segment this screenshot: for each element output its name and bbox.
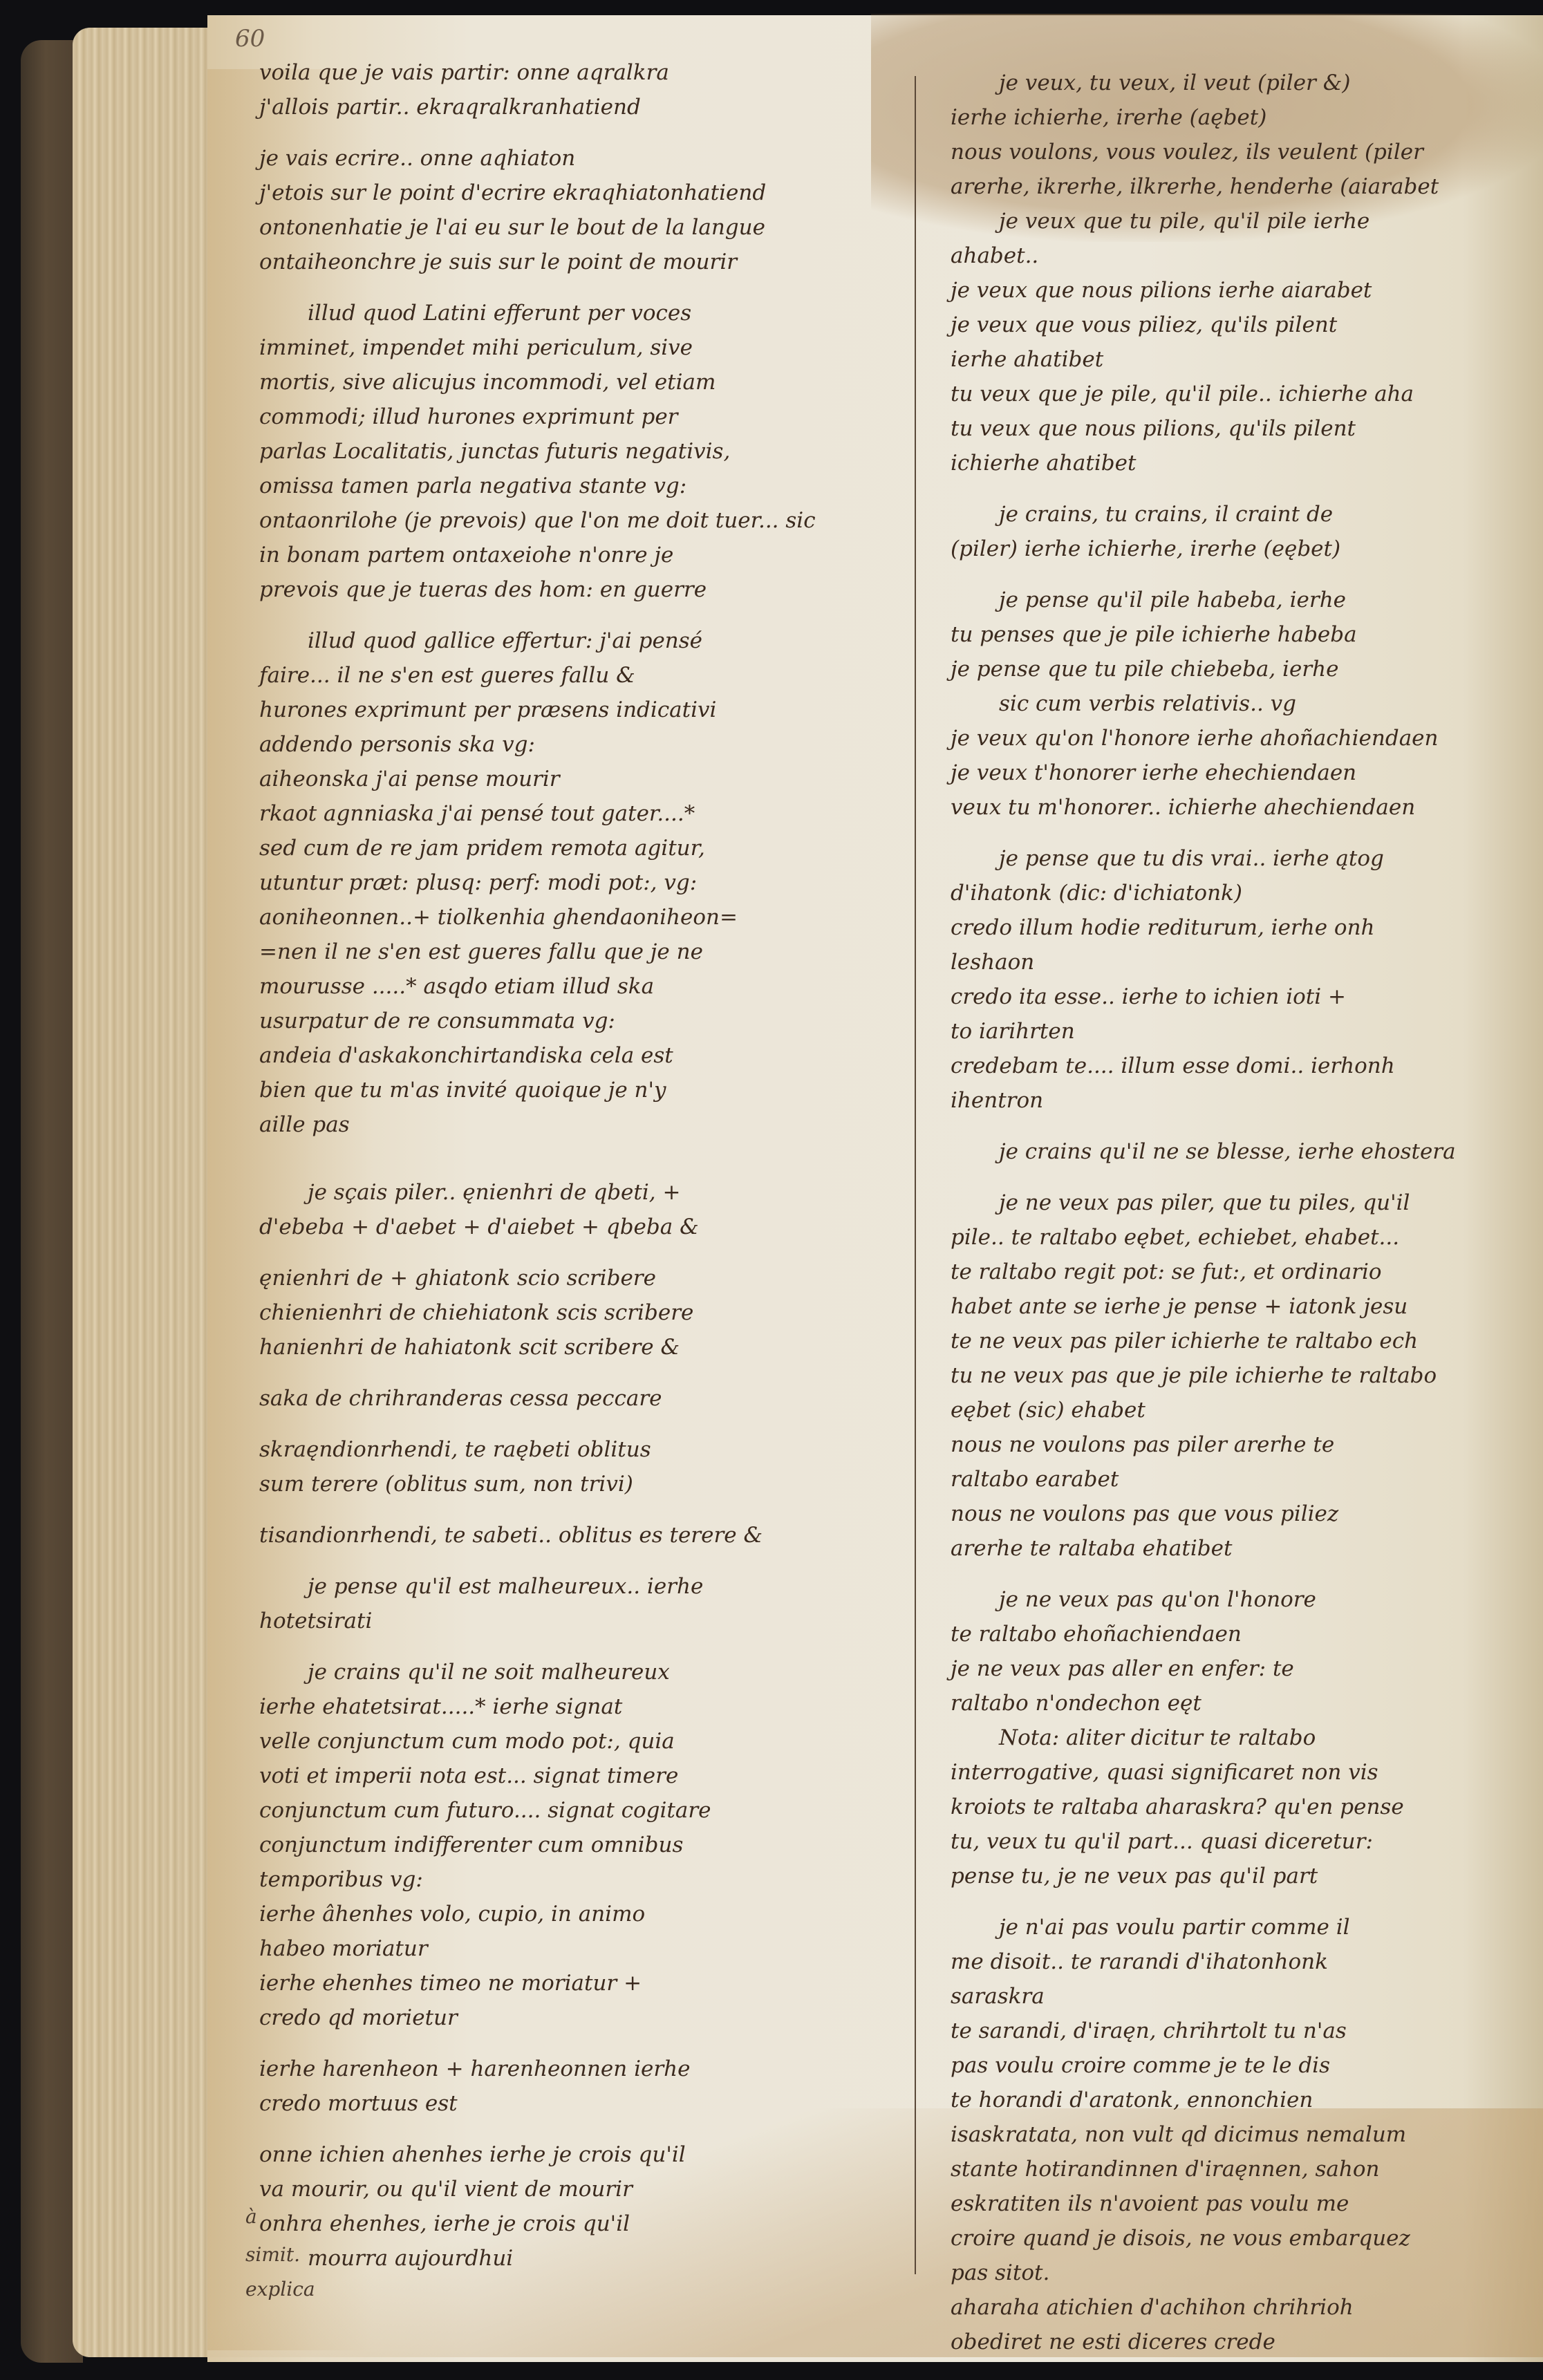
text-line: ontaonrilohe (je prevois) que l'on me do…	[259, 503, 906, 538]
text-line: ahabet..	[951, 238, 1531, 273]
text-line: te raltabo ehoñachiendaen	[951, 1617, 1531, 1651]
text-line: obediret ne esti diceres crede	[951, 2325, 1531, 2359]
text-line: ihentron	[951, 1083, 1531, 1118]
text-line: mourra aujourdhui	[259, 2241, 906, 2276]
text-line: je veux t'honorer ierhe ehechiendaen	[951, 756, 1531, 790]
text-line: j'allois partir.. ekraqralkranhatiend	[259, 90, 906, 124]
text-line: je crains, tu crains, il craint de	[951, 497, 1531, 532]
text-line: je sçais piler.. ęnienhri de qbeti, +	[259, 1175, 906, 1210]
text-line: sic cum verbis relativis.. vg	[951, 686, 1531, 721]
text-line: ierhe ahatibet	[951, 342, 1531, 377]
text-line: voila que je vais partir: onne aqralkra	[259, 55, 906, 90]
text-line: tu penses que je pile ichierhe habeba	[951, 617, 1531, 652]
text-line: veux tu m'honorer.. ichierhe ahechiendae…	[951, 790, 1531, 825]
text-line: Nota: aliter dicitur te raltabo	[951, 1721, 1531, 1755]
text-line: je n'ai pas voulu partir comme il	[951, 1910, 1531, 1945]
text-line: ierhe ichierhe, irerhe (aębet)	[951, 100, 1531, 135]
text-line: credo mortuus est	[259, 2086, 906, 2121]
text-line: arerhe te raltaba ehatibet	[951, 1531, 1531, 1566]
text-line: je ne veux pas aller en enfer: te	[951, 1651, 1531, 1686]
text-line: ierhe ehatetsirat.....* ierhe signat	[259, 1689, 906, 1724]
text-line: eskratiten ils n'avoient pas voulu me	[951, 2186, 1531, 2221]
text-line: conjunctum cum futuro.... signat cogitar…	[259, 1793, 906, 1828]
text-line: hotetsirati	[259, 1604, 906, 1638]
margin-note: explica	[245, 2278, 315, 2301]
text-line: ierhe âhenhes volo, cupio, in animo	[259, 1897, 906, 1931]
text-line: ichierhe ahatibet	[951, 446, 1531, 480]
text-line: d'ihatonk (dic: d'ichiatonk)	[951, 876, 1531, 910]
text-line: je veux que vous piliez, qu'ils pilent	[951, 308, 1531, 342]
right-column: je veux, tu veux, il veut (piler &) ierh…	[951, 66, 1531, 2359]
text-line: prevois que je tueras des hom: en guerre	[259, 572, 906, 607]
text-line: habeo moriatur	[259, 1931, 906, 1966]
text-line: chienienhri de chiehiatonk scis scribere	[259, 1295, 906, 1330]
text-line: te ne veux pas piler ichierhe te raltabo…	[951, 1324, 1531, 1358]
text-line: to iarihrten	[951, 1014, 1531, 1049]
text-line: tu veux que nous pilions, qu'ils pilent	[951, 411, 1531, 446]
text-line: je vais ecrire.. onne aqhiaton	[259, 141, 906, 176]
text-line: tu veux que je pile, qu'il pile.. ichier…	[951, 377, 1531, 411]
text-line: temporibus vg:	[259, 1862, 906, 1897]
text-line: leshaon	[951, 945, 1531, 980]
text-line: raltabo n'ondechon eęt	[951, 1686, 1531, 1721]
text-line: je pense que tu pile chiebeba, ierhe	[951, 652, 1531, 686]
text-line: nous voulons, vous voulez, ils veulent (…	[951, 135, 1531, 169]
text-line: ontonenhatie je l'ai eu sur le bout de l…	[259, 210, 906, 245]
left-column: voila que je vais partir: onne aqralkra …	[259, 55, 906, 2276]
text-line: te raltabo regit pot: se fut:, et ordina…	[951, 1255, 1531, 1289]
text-line: eębet (sic) ehabet	[951, 1393, 1531, 1427]
text-line: utuntur præt: plusq: perf: modi pot:, vg…	[259, 865, 906, 900]
text-line: aiheonska j'ai pense mourir	[259, 762, 906, 796]
text-line: tisandionrhendi, te sabeti.. oblitus es …	[259, 1518, 906, 1553]
text-line: me disoit.. te rarandi d'ihatonhonk	[951, 1945, 1531, 1979]
text-line: aharaha atichien d'achihon chrihrioh	[951, 2290, 1531, 2325]
text-line: mourusse .....* asqdo etiam illud ska	[259, 969, 906, 1004]
text-line: sum terere (oblitus sum, non trivi)	[259, 1467, 906, 1501]
text-line: nous ne voulons pas que vous piliez	[951, 1497, 1531, 1531]
text-line: saka de chrihranderas cessa peccare	[259, 1381, 906, 1416]
text-line: onne ichien ahenhes ierhe je crois qu'il	[259, 2137, 906, 2172]
text-line: aoniheonnen..+ tiolkenhia ghendaoniheon=	[259, 900, 906, 935]
text-line: pile.. te raltabo eębet, echiebet, ehabe…	[951, 1220, 1531, 1255]
text-line: arerhe, ikrerhe, ilkrerhe, henderhe (aia…	[951, 169, 1531, 204]
text-line: sed cum de re jam pridem remota agitur,	[259, 831, 906, 865]
text-line: mortis, sive alicujus incommodi, vel eti…	[259, 365, 906, 400]
text-line: hurones exprimunt per præsens indicativi	[259, 693, 906, 727]
text-line: habet ante se ierhe je pense + iatonk je…	[951, 1289, 1531, 1324]
text-line: je crains qu'il ne se blesse, ierhe ehos…	[951, 1134, 1531, 1169]
text-line: omissa tamen parla negativa stante vg:	[259, 469, 906, 503]
text-line: in bonam partem ontaxeiohe n'onre je	[259, 538, 906, 572]
text-line: skraęndionrhendi, te raębeti oblitus	[259, 1432, 906, 1467]
text-line: je ne veux pas qu'on l'honore	[951, 1582, 1531, 1617]
text-line: credo illum hodie rediturum, ierhe onh	[951, 910, 1531, 945]
text-line: commodi; illud hurones exprimunt per	[259, 400, 906, 434]
text-line: pense tu, je ne veux pas qu'il part	[951, 1859, 1531, 1893]
text-line: pas sitot.	[951, 2256, 1531, 2290]
text-line: hanienhri de hahiatonk scit scribere &	[259, 1330, 906, 1365]
text-line: va mourir, ou qu'il vient de mourir	[259, 2172, 906, 2206]
text-line: usurpatur de re consummata vg:	[259, 1004, 906, 1038]
text-line: =nen il ne s'en est gueres fallu que je …	[259, 935, 906, 969]
text-line: ęnienhri de + ghiatonk scio scribere	[259, 1261, 906, 1295]
text-line: ontaiheonchre je suis sur le point de mo…	[259, 245, 906, 279]
text-line: raltabo earabet	[951, 1462, 1531, 1497]
text-line: addendo personis ska vg:	[259, 727, 906, 762]
margin-note: simit.	[245, 2243, 300, 2266]
text-line: j'etois sur le point d'ecrire ekraqhiato…	[259, 176, 906, 210]
text-line: illud quod Latini efferunt per voces	[259, 296, 906, 330]
margin-note: à	[245, 2205, 257, 2228]
text-line: illud quod gallice effertur: j'ai pensé	[259, 624, 906, 658]
text-line: je pense qu'il est malheureux.. ierhe	[259, 1569, 906, 1604]
text-line: je veux que tu pile, qu'il pile ierhe	[951, 204, 1531, 238]
text-line: kroiots te raltaba aharaskra? qu'en pens…	[951, 1790, 1531, 1824]
page-number: 60	[235, 25, 265, 53]
text-line: conjunctum indifferenter cum omnibus	[259, 1828, 906, 1862]
text-line: bien que tu m'as invité quoique je n'y	[259, 1073, 906, 1107]
text-line: je pense qu'il pile habeba, ierhe	[951, 583, 1531, 617]
text-line: credebam te.... illum esse domi.. ierhon…	[951, 1049, 1531, 1083]
text-line: nous ne voulons pas piler arerhe te	[951, 1427, 1531, 1462]
text-line: ierhe ehenhes timeo ne moriatur +	[259, 1966, 906, 2000]
text-line: je crains qu'il ne soit malheureux	[259, 1655, 906, 1689]
text-line: tu, veux tu qu'il part... quasi diceretu…	[951, 1824, 1531, 1859]
column-divider	[915, 76, 916, 2274]
text-line: aille pas	[259, 1107, 906, 1142]
text-line: je ne veux pas piler, que tu piles, qu'i…	[951, 1186, 1531, 1220]
text-line: te sarandi, d'iraęn, chrihrtolt tu n'as	[951, 2014, 1531, 2048]
text-line: stante hotirandinnen d'iraęnnen, sahon	[951, 2152, 1531, 2186]
text-line: te horandi d'aratonk, ennonchien	[951, 2083, 1531, 2117]
text-line: d'ebeba + d'aebet + d'aiebet + qbeba &	[259, 1210, 906, 1244]
text-line: (piler) ierhe ichierhe, irerhe (eębet)	[951, 532, 1531, 566]
text-line: velle conjunctum cum modo pot:, quia	[259, 1724, 906, 1759]
text-line: parlas Localitatis, junctas futuris nega…	[259, 434, 906, 469]
text-line: voti et imperii nota est... signat timer…	[259, 1759, 906, 1793]
text-line: ierhe harenheon + harenheonnen ierhe	[259, 2052, 906, 2086]
text-line: credo ita esse.. ierhe to ichien ioti +	[951, 980, 1531, 1014]
text-line: je veux qu'on l'honore ierhe ahoñachiend…	[951, 721, 1531, 756]
text-line: pas voulu croire comme je te le dis	[951, 2048, 1531, 2083]
text-line: tu ne veux pas que je pile ichierhe te r…	[951, 1358, 1531, 1393]
text-line: je veux, tu veux, il veut (piler &)	[951, 66, 1531, 100]
text-line: rkaot agnniaska j'ai pensé tout gater...…	[259, 796, 906, 831]
text-line: onhra ehenhes, ierhe je crois qu'il	[259, 2206, 906, 2241]
text-line: saraskra	[951, 1979, 1531, 2014]
text-line: interrogative, quasi significaret non vi…	[951, 1755, 1531, 1790]
text-line: isaskratata, non vult qd dicimus nemalum	[951, 2117, 1531, 2152]
text-line: je veux que nous pilions ierhe aiarabet	[951, 273, 1531, 308]
text-line: credo qd morietur	[259, 2000, 906, 2035]
text-line: faire... il ne s'en est gueres fallu &	[259, 658, 906, 693]
text-line: croire quand je disois, ne vous embarque…	[951, 2221, 1531, 2256]
text-line: je pense que tu dis vrai.. ierhe ątog	[951, 841, 1531, 876]
text-line: andeia d'askakonchirtandiska cela est	[259, 1038, 906, 1073]
text-line: imminet, impendet mihi periculum, sive	[259, 330, 906, 365]
